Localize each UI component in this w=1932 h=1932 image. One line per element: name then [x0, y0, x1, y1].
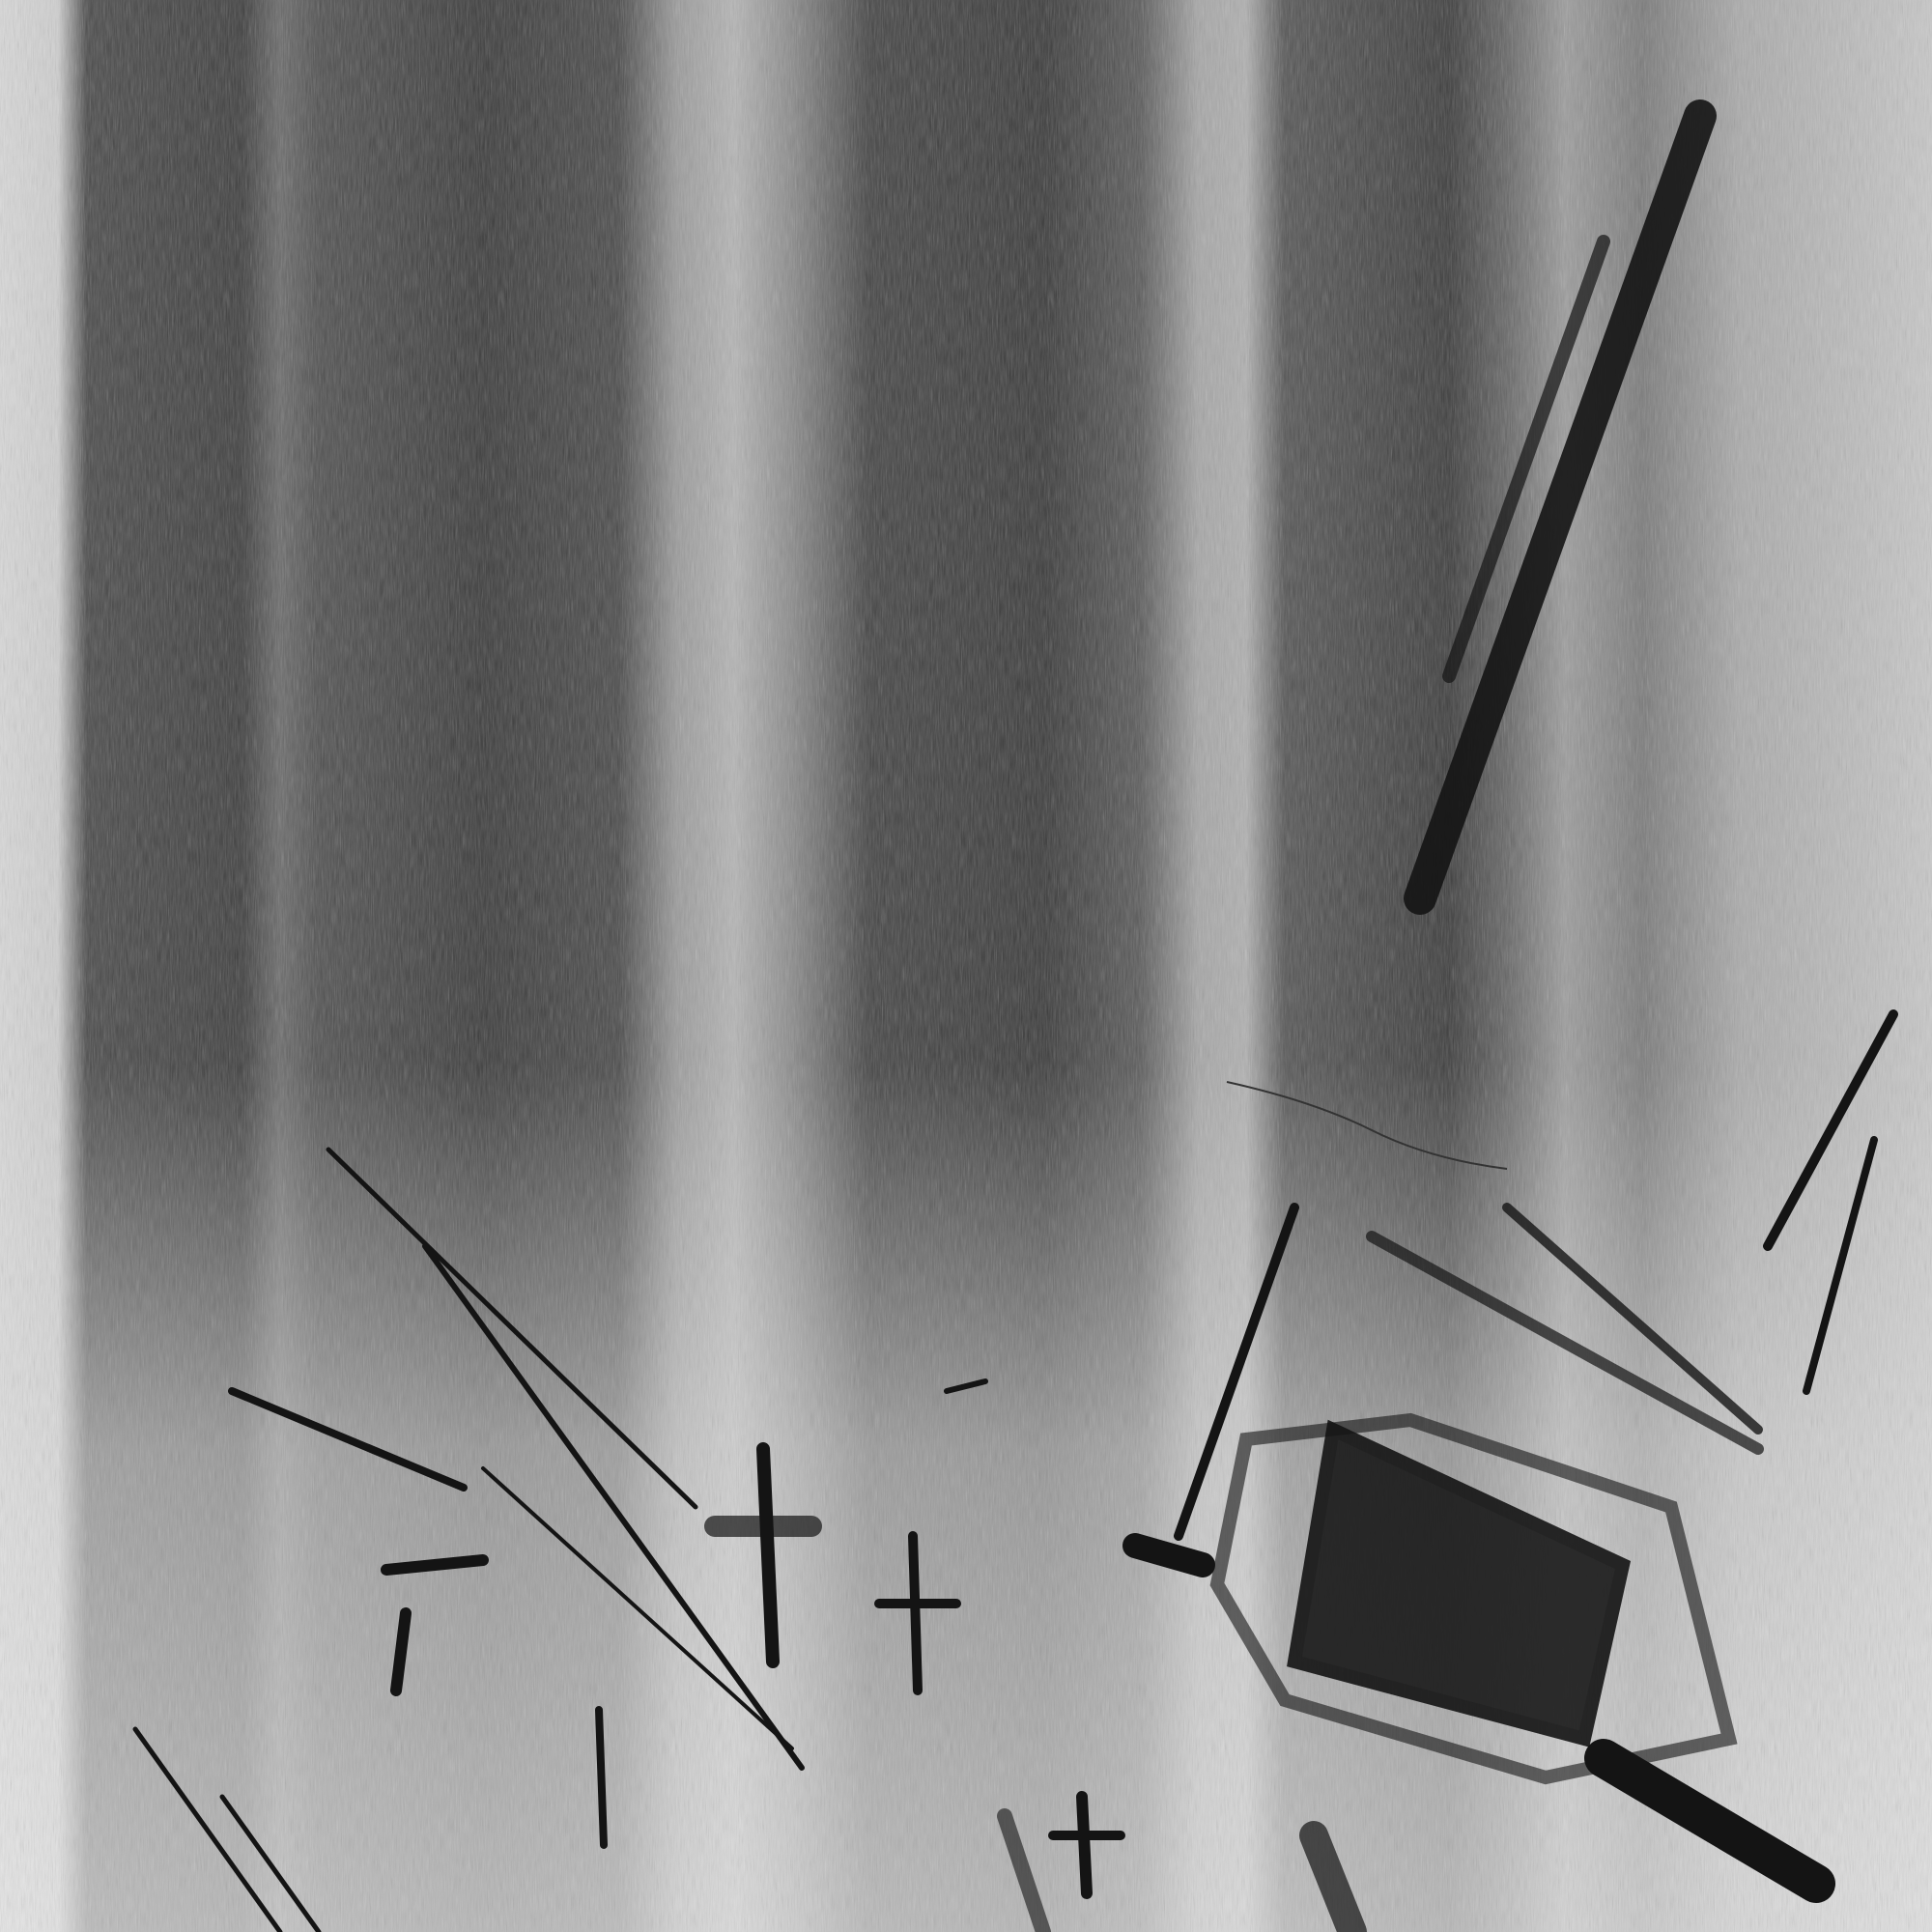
charcoal-strokes	[0, 0, 1932, 1932]
charcoal-artwork: Abstract monochrome charcoal drawing wit…	[0, 0, 1932, 1932]
